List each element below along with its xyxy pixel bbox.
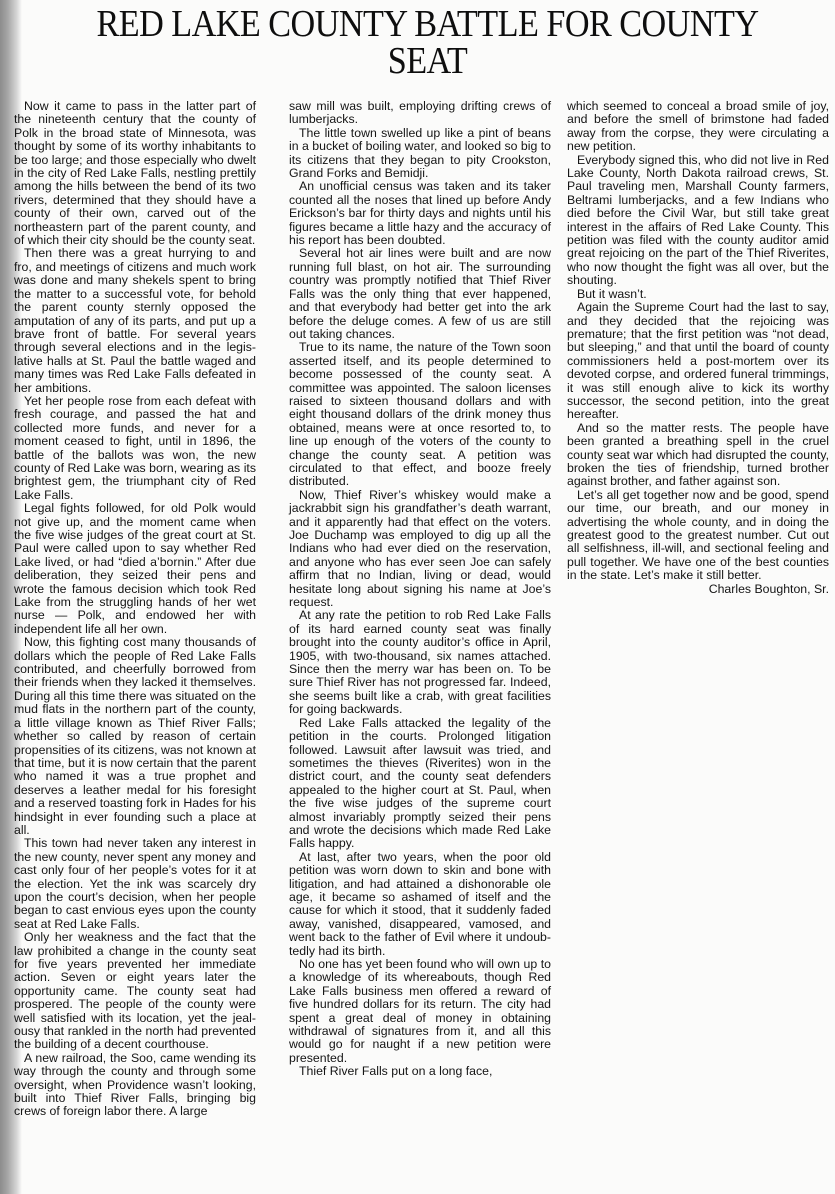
paragraph: Again the Supreme Court had the last to … xyxy=(567,301,829,422)
paragraph: At any rate the petition to rob Red Lake… xyxy=(289,609,551,716)
paragraph: Legal fights followed, for old Polk woul… xyxy=(14,502,256,636)
paragraph: Let’s all get together now and be good, … xyxy=(567,489,829,583)
paragraph: Red Lake Falls attacked the legality of … xyxy=(289,717,551,851)
paragraph: Then there was a great hurrying to and f… xyxy=(14,247,256,394)
paragraph: And so the matter rests. The people have… xyxy=(567,422,829,489)
paragraph: No one has yet been found who will own u… xyxy=(289,958,551,1065)
paragraph: Everybody signed this, who did not live … xyxy=(567,154,829,288)
article-body: Now it came to pass in the latter part o… xyxy=(14,100,829,1185)
paragraph: The little town swelled up like a pint o… xyxy=(289,127,551,181)
paragraph: This town had never taken any interest i… xyxy=(14,837,256,931)
author-signature: Charles Boughton, Sr. xyxy=(567,583,829,596)
paragraph: Yet her people rose from each defeat wit… xyxy=(14,395,256,502)
column-left: Now it came to pass in the latter part o… xyxy=(14,100,256,1119)
paragraph-continuation: saw mill was built, employing drifting c… xyxy=(289,100,551,127)
paragraph: Thief River Falls put on a long face, xyxy=(289,1065,551,1078)
paragraph: But it wasn’t. xyxy=(567,288,829,301)
paragraph: Several hot air lines were built and are… xyxy=(289,247,551,341)
column-right: which seemed to conceal a broad smile of… xyxy=(567,100,829,596)
paragraph: Now, Thief River’s whiskey would make a … xyxy=(289,489,551,610)
paragraph: True to its name, the nature of the Town… xyxy=(289,341,551,488)
paragraph: Now it came to pass in the latter part o… xyxy=(14,100,256,247)
paragraph-continuation: which seemed to conceal a broad smile of… xyxy=(567,100,829,154)
paragraph: An unofficial census was taken and its t… xyxy=(289,180,551,247)
paragraph: Now, this fighting cost many thousands o… xyxy=(14,636,256,837)
column-middle: saw mill was built, employing drifting c… xyxy=(289,100,551,1079)
page-title: RED LAKE COUNTY BATTLE FOR COUNTY SEAT xyxy=(61,6,795,80)
paragraph: At last, after two years, when the poor … xyxy=(289,851,551,958)
paragraph: A new railroad, the Soo, came wending it… xyxy=(14,1052,256,1119)
paragraph: Only her weakness and the fact that the … xyxy=(14,931,256,1052)
